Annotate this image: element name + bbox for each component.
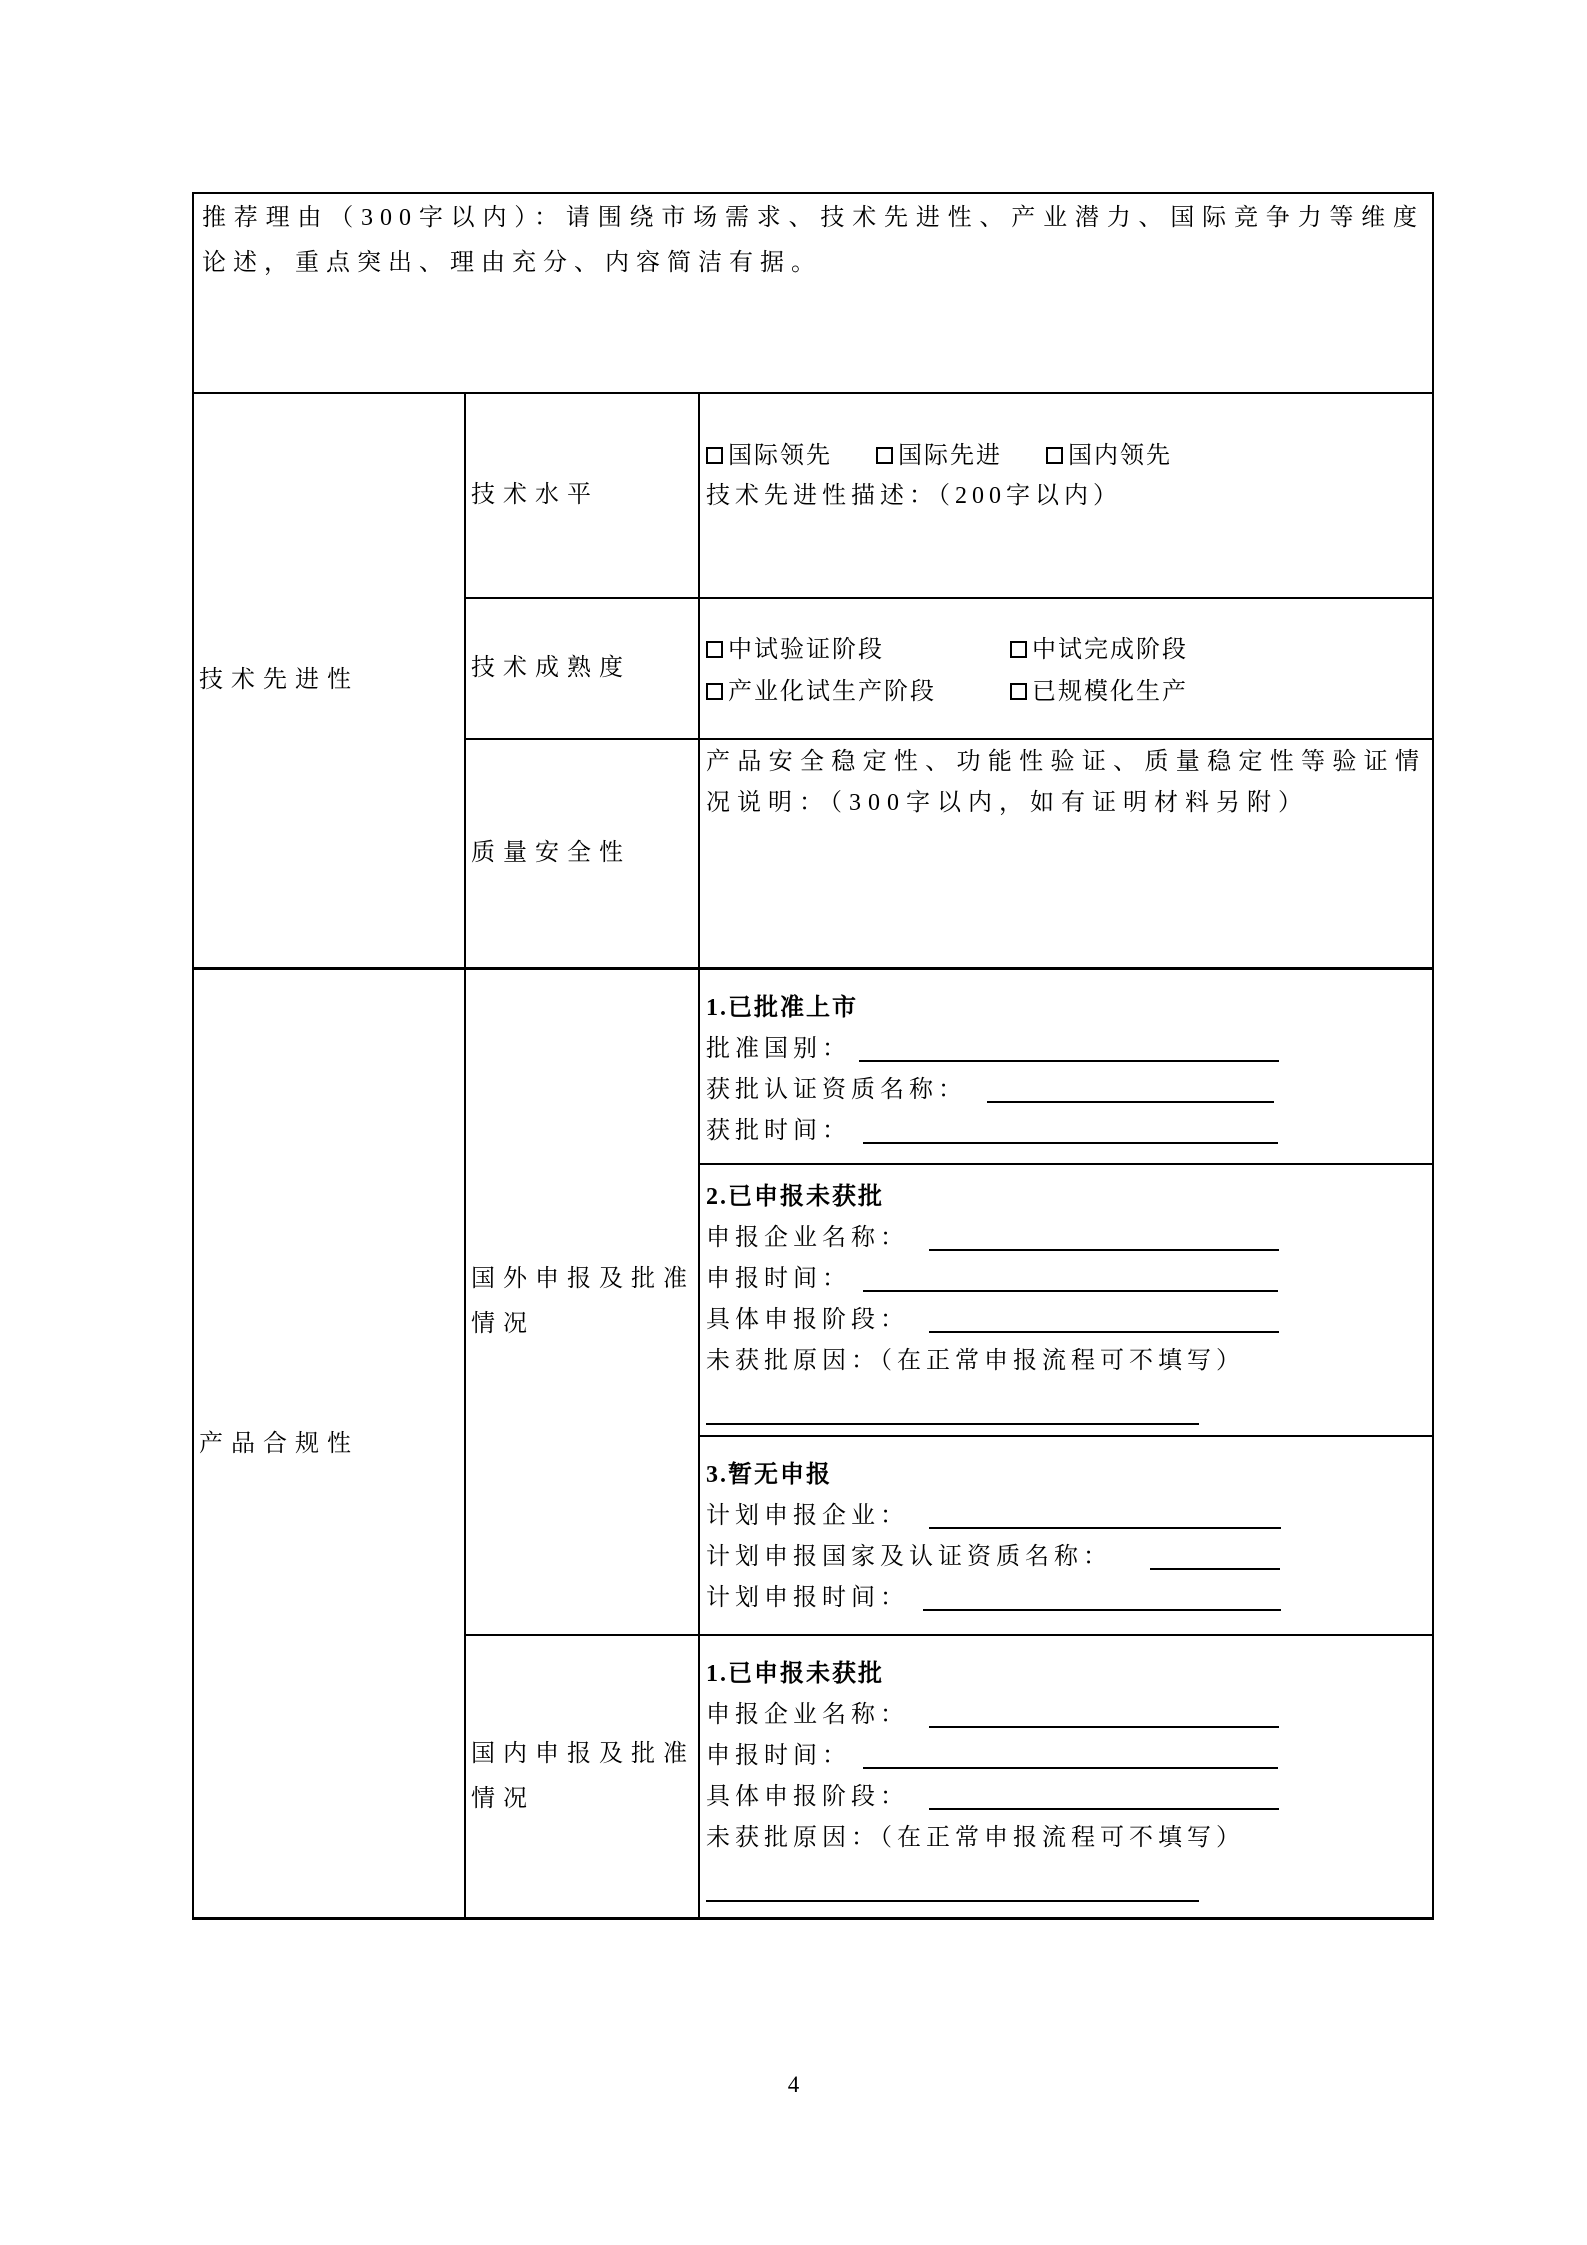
page-number: 4 — [0, 2072, 1587, 2098]
foreign-label: 国外申报及批准情况 — [466, 1257, 698, 1347]
checkbox-label: 国际先进 — [898, 443, 1002, 469]
block-pending: 2.已申报未获批 申报企业名称： 申报时间： 具体申报阶段： 未获批原因：（在正… — [700, 1163, 1432, 1435]
recommendation-cell: 推荐理由（300字以内）：请围绕市场需求、技术先进性、产业潜力、国际竞争力等维度… — [194, 194, 1432, 392]
checkbox-option: 中试完成阶段 — [1010, 629, 1428, 671]
quality-label-cell: 质量安全性 — [466, 740, 700, 967]
field-label: 计划申报国家及认证资质名称： — [706, 1544, 1112, 1570]
tech-section-label-cell: 技术先进性 — [194, 394, 466, 967]
field-label: 申报企业名称： — [706, 1702, 909, 1728]
section-compliance: 产品合规性 国外申报及批准情况 1.已批准上市 批准国别： 获批认证资质名称： … — [194, 967, 1432, 1918]
block-title: 1.已批准上市 — [706, 988, 1426, 1029]
blank-underline[interactable] — [929, 1503, 1281, 1529]
block-title: 2.已申报未获批 — [706, 1177, 1426, 1218]
tech-level-label-cell: 技术水平 — [466, 394, 700, 597]
domestic-label: 国内申报及批准情况 — [466, 1732, 698, 1822]
compliance-rows: 国外申报及批准情况 1.已批准上市 批准国别： 获批认证资质名称： 获批时间： … — [466, 970, 1432, 1918]
row-maturity: 技术成熟度 中试验证阶段 中试完成阶段 产业化试生产阶段 已规模化生产 — [466, 597, 1432, 738]
domestic-content: 1.已申报未获批 申报企业名称： 申报时间： 具体申报阶段： 未获批原因：（在正… — [700, 1636, 1432, 1918]
field-label: 计划申报时间： — [706, 1585, 909, 1611]
blank-underline[interactable] — [1150, 1544, 1280, 1570]
tech-level-content: 国际领先 国际先进 国内领先 技术先进性描述：（200字以内） — [700, 394, 1432, 597]
field-label: 申报时间： — [706, 1743, 851, 1769]
checkbox-option: 国际先进 — [876, 436, 1002, 476]
domestic-label-cell: 国内申报及批准情况 — [466, 1636, 700, 1918]
checkbox-icon[interactable] — [1046, 447, 1063, 464]
maturity-label-cell: 技术成熟度 — [466, 599, 700, 738]
checkbox-icon[interactable] — [1010, 641, 1027, 658]
tech-level-options: 国际领先 国际先进 国内领先 — [706, 436, 1428, 476]
row-foreign-filings: 国外申报及批准情况 1.已批准上市 批准国别： 获批认证资质名称： 获批时间： … — [466, 970, 1432, 1634]
blank-underline[interactable] — [706, 1399, 1199, 1425]
checkbox-label: 国内领先 — [1068, 443, 1172, 469]
blank-underline[interactable] — [859, 1036, 1279, 1062]
checkbox-label: 中试验证阶段 — [728, 637, 884, 663]
block-title: 3.暂无申报 — [706, 1455, 1426, 1496]
field-label: 获批时间： — [706, 1118, 851, 1144]
compliance-section-label-cell: 产品合规性 — [194, 970, 466, 1918]
field-label: 具体申报阶段： — [706, 1784, 909, 1810]
tech-level-label: 技术水平 — [466, 473, 698, 518]
recommendation-text: 推荐理由（300字以内）：请围绕市场需求、技术先进性、产业潜力、国际竞争力等维度… — [194, 194, 1432, 286]
checkbox-icon[interactable] — [706, 641, 723, 658]
block-none-planned: 3.暂无申报 计划申报企业： 计划申报国家及认证资质名称： 计划申报时间： — [700, 1435, 1432, 1634]
field-label: 未获批原因：（在正常申报流程可不填写） — [706, 1825, 1245, 1851]
blank-underline[interactable] — [987, 1077, 1274, 1103]
blank-underline[interactable] — [923, 1585, 1281, 1611]
blank-underline[interactable] — [863, 1118, 1278, 1144]
row-quality: 质量安全性 产品安全稳定性、功能性验证、质量稳定性等验证情况说明：（300字以内… — [466, 738, 1432, 967]
field-label: 申报企业名称： — [706, 1225, 909, 1251]
quality-desc: 产品安全稳定性、功能性验证、质量稳定性等验证情况说明：（300字以内，如有证明材… — [700, 740, 1432, 967]
foreign-label-cell: 国外申报及批准情况 — [466, 970, 700, 1634]
field-label: 批准国别： — [706, 1036, 851, 1062]
blank-underline[interactable] — [929, 1784, 1279, 1810]
blank-underline[interactable] — [706, 1876, 1199, 1902]
checkbox-icon[interactable] — [876, 447, 893, 464]
section-tech-advancement: 技术先进性 技术水平 国际领先 国际先进 国内领先 技术先进性描述：（200字以… — [194, 392, 1432, 967]
checkbox-label: 中试完成阶段 — [1032, 637, 1188, 663]
field-label: 申报时间： — [706, 1266, 851, 1292]
checkbox-icon[interactable] — [706, 447, 723, 464]
blank-underline[interactable] — [929, 1702, 1279, 1728]
blank-underline[interactable] — [929, 1307, 1279, 1333]
blank-underline[interactable] — [863, 1743, 1278, 1769]
block-title: 1.已申报未获批 — [706, 1654, 1426, 1695]
row-tech-level: 技术水平 国际领先 国际先进 国内领先 技术先进性描述：（200字以内） — [466, 394, 1432, 597]
block-domestic-pending: 1.已申报未获批 申报企业名称： 申报时间： 具体申报阶段： 未获批原因：（在正… — [700, 1636, 1432, 1910]
maturity-label: 技术成熟度 — [466, 646, 698, 691]
compliance-section-label: 产品合规性 — [194, 1422, 464, 1467]
foreign-content: 1.已批准上市 批准国别： 获批认证资质名称： 获批时间： 2.已申报未获批 申… — [700, 970, 1432, 1634]
block-approved: 1.已批准上市 批准国别： 获批认证资质名称： 获批时间： — [700, 970, 1432, 1163]
field-label: 具体申报阶段： — [706, 1307, 909, 1333]
field-label: 获批认证资质名称： — [706, 1077, 967, 1103]
checkbox-option: 产业化试生产阶段 — [706, 671, 1010, 713]
checkbox-label: 已规模化生产 — [1032, 679, 1188, 705]
checkbox-option: 中试验证阶段 — [706, 629, 1010, 671]
tech-level-desc: 技术先进性描述：（200字以内） — [706, 476, 1428, 516]
checkbox-label: 产业化试生产阶段 — [728, 679, 936, 705]
blank-underline[interactable] — [929, 1225, 1279, 1251]
checkbox-label: 国际领先 — [728, 443, 832, 469]
maturity-options: 中试验证阶段 中试完成阶段 产业化试生产阶段 已规模化生产 — [706, 629, 1428, 713]
checkbox-icon[interactable] — [1010, 683, 1027, 700]
row-domestic-filings: 国内申报及批准情况 1.已申报未获批 申报企业名称： 申报时间： 具体申报阶段：… — [466, 1634, 1432, 1918]
blank-underline[interactable] — [863, 1266, 1278, 1292]
checkbox-option: 国际领先 — [706, 436, 832, 476]
checkbox-icon[interactable] — [706, 683, 723, 700]
document-page: 推荐理由（300字以内）：请围绕市场需求、技术先进性、产业潜力、国际竞争力等维度… — [0, 0, 1587, 2245]
field-label: 计划申报企业： — [706, 1503, 909, 1529]
quality-label: 质量安全性 — [466, 831, 698, 876]
maturity-content: 中试验证阶段 中试完成阶段 产业化试生产阶段 已规模化生产 — [700, 599, 1432, 738]
form-table: 推荐理由（300字以内）：请围绕市场需求、技术先进性、产业潜力、国际竞争力等维度… — [192, 192, 1434, 1920]
tech-section-label: 技术先进性 — [194, 658, 464, 703]
field-label: 未获批原因：（在正常申报流程可不填写） — [706, 1348, 1245, 1374]
checkbox-option: 已规模化生产 — [1010, 671, 1428, 713]
tech-section-rows: 技术水平 国际领先 国际先进 国内领先 技术先进性描述：（200字以内） 技术成… — [466, 394, 1432, 967]
checkbox-option: 国内领先 — [1046, 436, 1172, 476]
